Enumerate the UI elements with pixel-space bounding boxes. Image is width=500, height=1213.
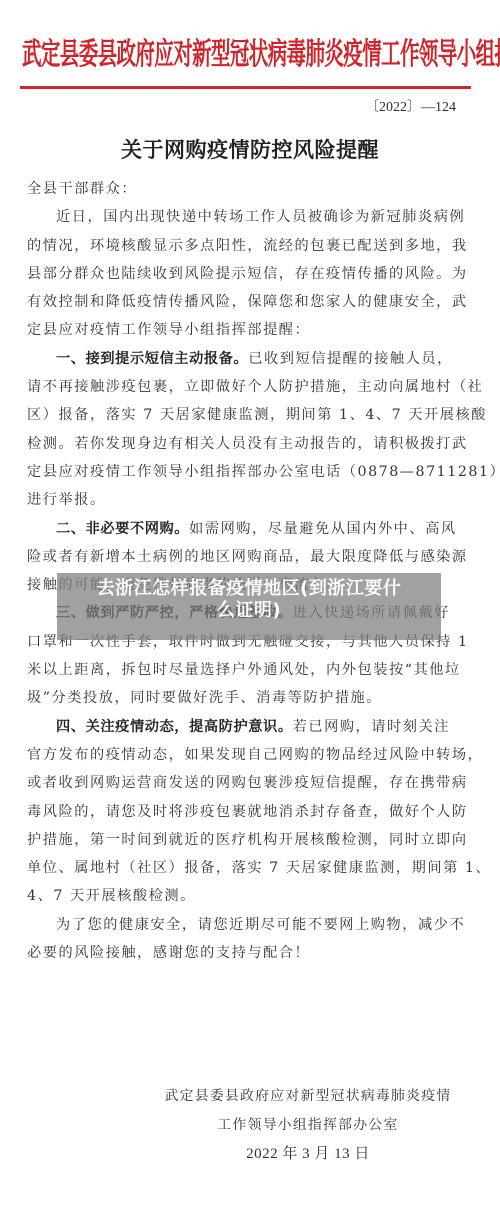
text-line: 米以上距离，拆包时尽量选择户外通风处，内外包装按“其他垃 <box>27 656 485 684</box>
text-line: 官方发布的疫情动态，如果发现自己网购的物品经过风险中转场， <box>27 741 485 769</box>
intro-paragraph: 近日，国内出现快递中转场工作人员被确诊为新冠肺炎病例 的情况，环境核酸显示多点阳… <box>27 203 485 344</box>
red-divider-rule <box>20 86 471 89</box>
item-4-heading: 四、关注疫情动态，提高防护意识。 <box>56 719 293 735</box>
salutation: 全县干部群众： <box>27 175 485 203</box>
signature-org-line-1: 武定县委县政府应对新型冠状病毒肺炎疫情 <box>148 1082 468 1111</box>
text-line: 必要的风险接触，感谢您的支持与配合！ <box>27 939 485 967</box>
text-line: 4、7 天开展核酸检测。 <box>27 882 485 910</box>
text-line: 毒风险的，请您及时将涉疫包裹就地消杀封存备查，做好个人防 <box>27 798 485 826</box>
text-span: 若已网购，请时刻关注 <box>293 719 450 735</box>
document-title: 关于网购疫情防控风险提醒 <box>0 134 500 164</box>
item-4-paragraph: 四、关注疫情动态，提高防护意识。若已网购，请时刻关注 官方发布的疫情动态，如果发… <box>27 713 485 911</box>
document-body: 全县干部群众： 近日，国内出现快递中转场工作人员被确诊为新冠肺炎病例 的情况，环… <box>27 175 485 967</box>
caption-overlay-text: 去浙江怎样报备疫情地区(到浙江要什 么证明) <box>57 578 441 622</box>
text-line: 单位、属地村（社区）报备，落实 7 天居家健康监测，期间第 1、 <box>27 854 485 882</box>
text-line: 险或者有新增本土病例的地区网购商品，最大限度降低与感染源 <box>27 543 485 571</box>
text-line: 近日，国内出现快递中转场工作人员被确诊为新冠肺炎病例 <box>27 203 485 231</box>
text-line: 圾”分类投放，同时要做好洗手、消毒等防护措施。 <box>27 684 485 712</box>
text-line: 县部分群众也陆续收到风险提示短信，存在疫情传播的风险。为 <box>27 260 485 288</box>
text-span: 如需网购，尽量避免从国内外中、高风 <box>189 521 457 537</box>
text-span: 已收到短信提醒的接触人员， <box>248 351 453 367</box>
signature-org-line-2: 工作领导小组指挥部办公室 <box>148 1111 468 1140</box>
item-1-paragraph: 一、接到提示短信主动报备。已收到短信提醒的接触人员， 请不再接触涉疫包裹，立即做… <box>27 345 485 515</box>
caption-line-2: 么证明) <box>57 600 441 622</box>
text-line: 为了您的健康安全，请您近期尽可能不要网上购物，减少不 <box>27 911 485 939</box>
text-line: 有效控制和降低疫情传播风险，保障您和您家人的健康安全，武 <box>27 288 485 316</box>
text-line: 或者收到网购运营商发送的网购包裹涉疫短信提醒，存在携带病 <box>27 769 485 797</box>
item-1-heading: 一、接到提示短信主动报备。 <box>56 351 248 367</box>
issuer-red-header: 武定县委县政府应对新型冠状病毒肺炎疫情工作领导小组指挥部办公室 <box>22 30 466 73</box>
text-line: 进行举报。 <box>27 486 485 514</box>
document-page: 武定县委县政府应对新型冠状病毒肺炎疫情工作领导小组指挥部办公室 〔2022〕—1… <box>0 0 500 1213</box>
phone-line: 定县应对疫情工作领导小组指挥部办公室电话（0878—8711281） <box>27 458 485 486</box>
document-number: 〔2022〕—124 <box>365 96 456 116</box>
item-2-heading: 二、非必要不网购。 <box>56 521 189 537</box>
text-line: 护措施，第一时间到就近的医疗机构开展核酸检测，同时立即向 <box>27 826 485 854</box>
text-line: 的情况，环境核酸显示多点阳性，流经的包裹已配送到多地，我 <box>27 232 485 260</box>
closing-paragraph: 为了您的健康安全，请您近期尽可能不要网上购物，减少不 必要的风险接触，感谢您的支… <box>27 911 485 968</box>
text-line: 定县应对疫情工作领导小组指挥部提醒： <box>27 316 485 344</box>
signature-date: 2022 年 3 月 13 日 <box>148 1140 468 1169</box>
caption-line-1: 去浙江怎样报备疫情地区(到浙江要什 <box>57 578 441 600</box>
signature-block: 武定县委县政府应对新型冠状病毒肺炎疫情 工作领导小组指挥部办公室 2022 年 … <box>148 1082 468 1169</box>
text-line: 请不再接触涉疫包裹，立即做好个人防护措施，主动向属地村（社 <box>27 373 485 401</box>
text-line: 检测。若你发现身边有相关人员没有主动报告的，请积极拨打武 <box>27 430 485 458</box>
text-line: 区）报备，落实 7 天居家健康监测，期间第 1、4、7 天开展核酸 <box>27 401 485 429</box>
